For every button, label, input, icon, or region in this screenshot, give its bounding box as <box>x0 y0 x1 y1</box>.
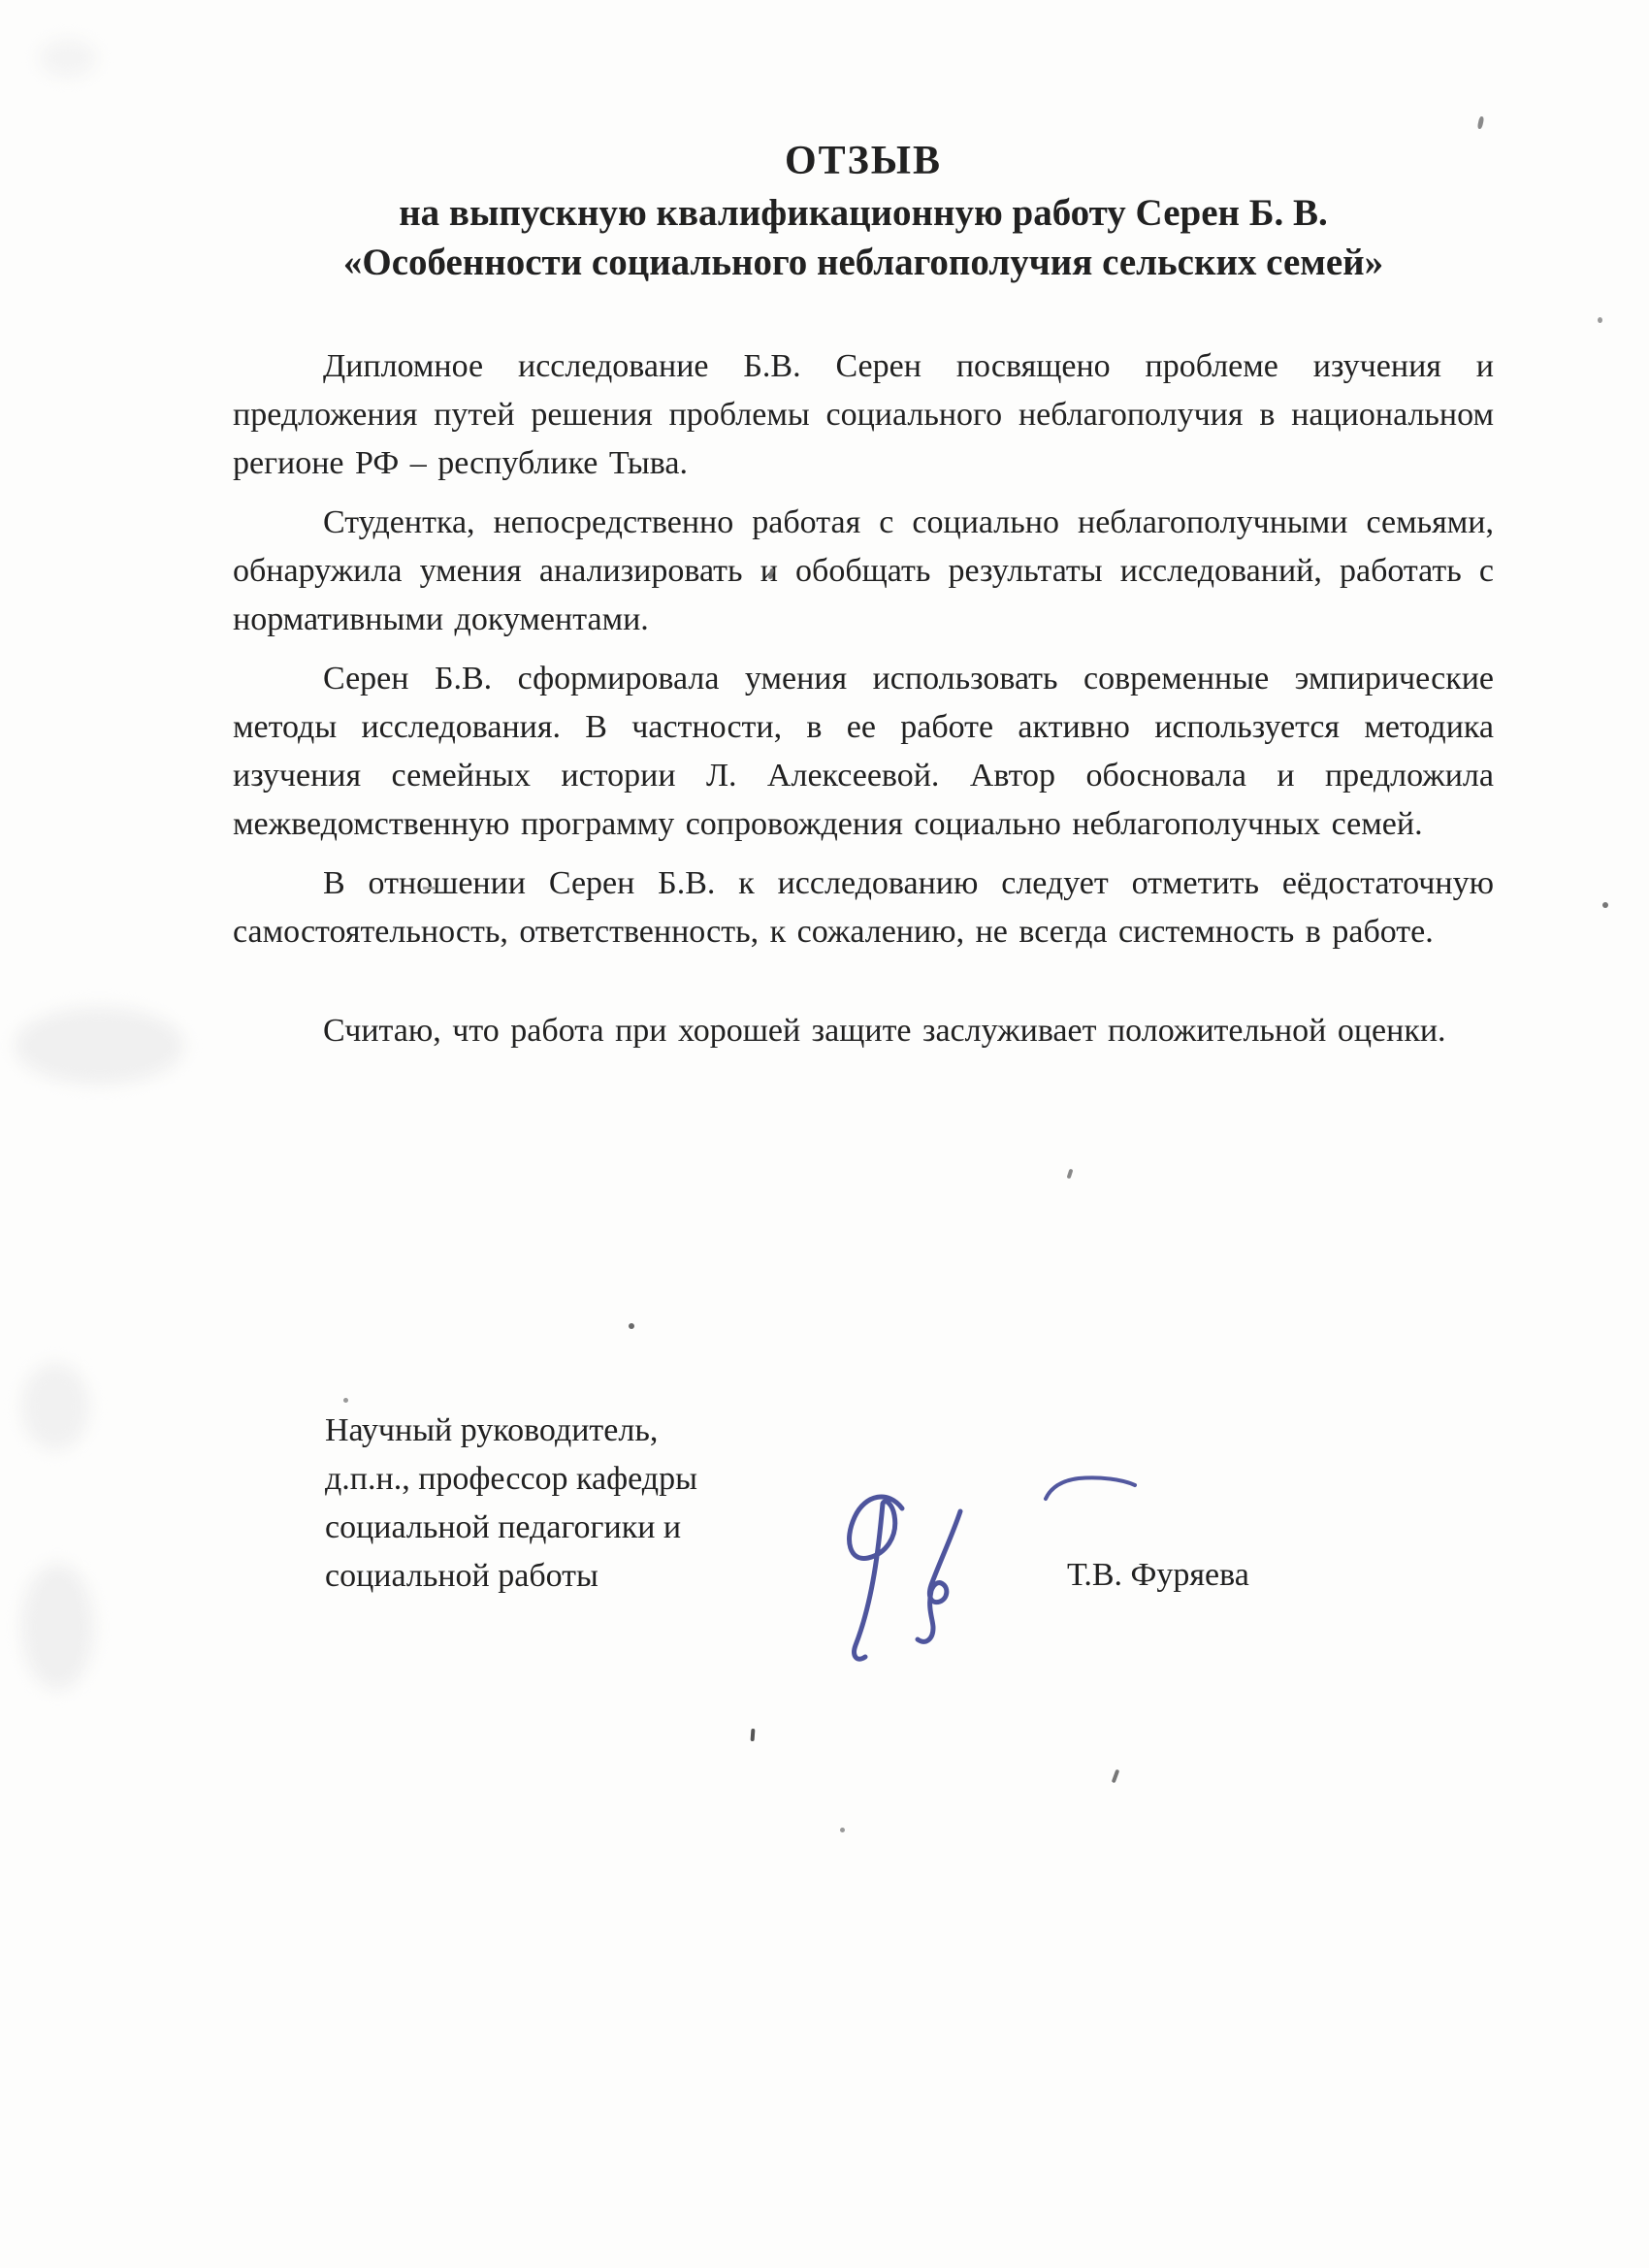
scan-speck <box>1067 1169 1074 1180</box>
body-paragraph-5: Считаю, что работа при хорошей защите за… <box>233 1007 1494 1055</box>
scan-speck <box>840 1828 845 1832</box>
signer-role-line: Научный руководитель, <box>325 1407 697 1455</box>
signer-role-line: социальной работы <box>325 1552 697 1601</box>
scan-smudge <box>21 1363 89 1450</box>
scanned-review-page: ОТЗЫВ на выпускную квалификационную рабо… <box>0 0 1649 2268</box>
scan-smudge <box>15 1007 184 1085</box>
body-paragraph-4: В отношении Серен Б.В. к исследованию сл… <box>233 859 1494 956</box>
signer-role-line: д.п.н., профессор кафедры <box>325 1455 697 1504</box>
signature-section: Научный руководитель, д.п.н., профессор … <box>0 1405 1649 1831</box>
signer-role-block: Научный руководитель, д.п.н., профессор … <box>325 1407 697 1601</box>
document-title: ОТЗЫВ <box>233 134 1494 188</box>
body-paragraph-1: Дипломное исследование Б.В. Серен посвящ… <box>233 342 1494 488</box>
scan-speck <box>1598 317 1602 323</box>
signature-tail-stroke <box>918 1511 960 1641</box>
scan-smudge <box>21 1564 94 1690</box>
body-paragraph-3: Серен Б.В. сформировала умения использов… <box>233 655 1494 849</box>
body-paragraph-2: Студентка, непосредственно работая с соц… <box>233 499 1494 644</box>
signer-role-line: социальной педагогики и <box>325 1504 697 1552</box>
scan-speck <box>1602 902 1608 908</box>
scan-smudge <box>39 39 97 78</box>
signature-flourish-stroke <box>1046 1477 1135 1499</box>
document-subtitle-line-1: на выпускную квалификационную работу Сер… <box>233 188 1494 238</box>
signature-loop-stroke <box>850 1497 902 1659</box>
scan-speck <box>423 887 435 890</box>
scan-speck <box>629 1323 634 1329</box>
handwritten-signature <box>830 1461 1150 1684</box>
document-body: ОТЗЫВ на выпускную квалификационную рабо… <box>233 0 1494 1066</box>
scan-speck <box>343 1398 348 1403</box>
document-subtitle-line-2: «Особенности социального неблагополучия … <box>233 238 1494 287</box>
